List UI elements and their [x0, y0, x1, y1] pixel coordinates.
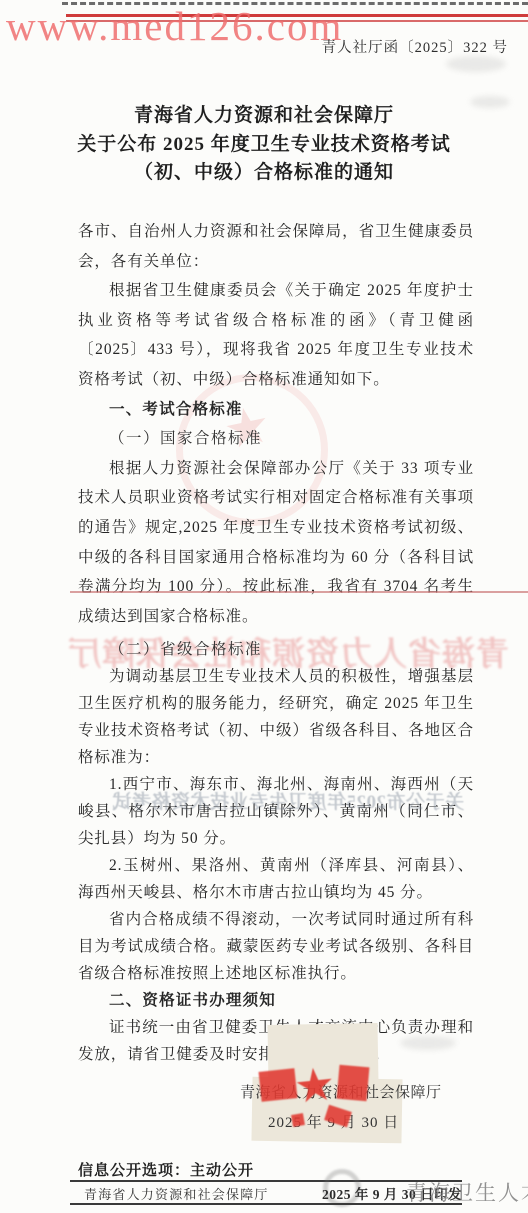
official-seal-fragment	[337, 1065, 370, 1101]
doc-reference-number: 青人社厅函〔2025〕322 号	[322, 36, 508, 57]
scanned-official-notice: { "top": { "site_watermark": "www.med126…	[0, 0, 528, 1213]
footer-issuer: 青海省人力资源和社会保障厅	[84, 1184, 269, 1203]
title-line-3: （初、中级）合格标准的通知	[0, 159, 528, 188]
site-watermark-text: www.med126.com	[6, 2, 336, 50]
rolling-rule-paragraph: 省内合格成绩不得滚动，一次考试同时通过所有科目为考试成绩合格。藏蒙医药专业考试各…	[78, 906, 474, 987]
official-seal-fragment	[259, 1068, 298, 1102]
provincial-standard-intro: 为调动基层卫生专业技术人员的积极性，增强基层卫生医疗机构的服务能力，经研究，确定…	[78, 663, 474, 771]
scan-smudge	[400, 1036, 456, 1050]
bleedthrough-mirrored-subject: 关于公布2025年度卫生专业技术资格考试	[104, 787, 464, 814]
subsection1-heading: （一）国家合格标准	[78, 424, 474, 454]
intro-paragraph: 根据省卫生健康委员会《关于确定 2025 年度护士执业资格等考试省级合格标准的函…	[78, 276, 474, 394]
subsection2-heading: （二）省级合格标准	[78, 636, 474, 663]
section2-heading: 二、资格证书办理须知	[78, 987, 474, 1014]
official-seal-fragment	[291, 1113, 305, 1127]
page1-body: 各市、自治州人力资源和社会保障局，省卫生健康委员会，各有关单位： 根据省卫生健康…	[78, 217, 474, 631]
publicity-option-label: 信息公开选项：主动公开	[78, 1159, 254, 1180]
title-line-2: 关于公布 2025 年度卫生专业技术资格考试	[0, 131, 528, 160]
page2-body: （二）省级合格标准 为调动基层卫生专业技术人员的积极性，增强基层卫生医疗机构的服…	[78, 636, 474, 1068]
salutation-paragraph: 各市、自治州人力资源和社会保障局，省卫生健康委员会，各有关单位：	[78, 217, 474, 276]
footer-rule-bottom	[70, 1203, 462, 1205]
scan-smudge	[446, 56, 506, 72]
title-line-1: 青海省人力资源和社会保障厅	[0, 102, 528, 131]
section1-heading: 一、考试合格标准	[78, 395, 474, 425]
footer-rule-top	[70, 1180, 462, 1182]
page-separator-line	[70, 591, 528, 593]
document-title: 青海省人力资源和社会保障厅 关于公布 2025 年度卫生专业技术资格考试 （初、…	[0, 102, 528, 188]
national-standard-paragraph: 根据人力资源社会保障部办公厅《关于 33 项专业技术人员职业资格考试实行相对固定…	[78, 454, 474, 632]
region-standard-item-2: 2.玉树州、果洛州、黄南州（泽库县、河南县）、海西州天峻县、格尔木市唐古拉山镇均…	[78, 852, 474, 906]
